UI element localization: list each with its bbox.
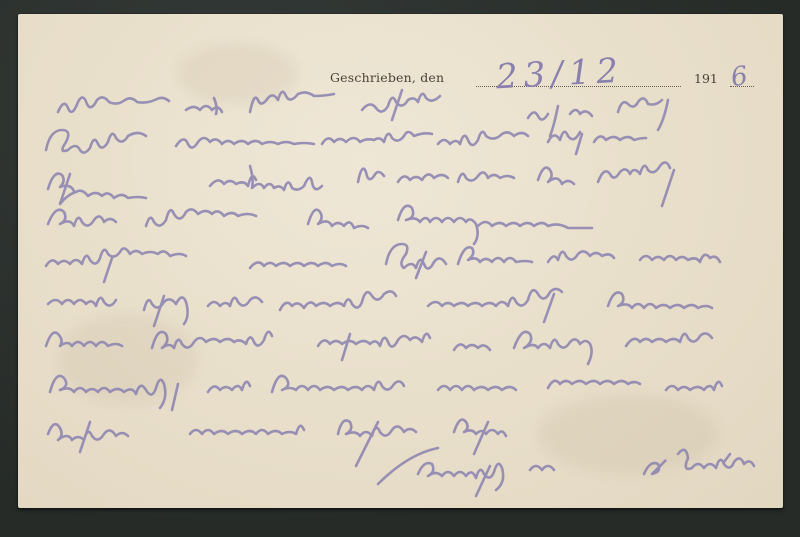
handwritten-message-strokes bbox=[18, 14, 783, 508]
postcard: Geschrieben, den 23/12 191 6 bbox=[18, 14, 783, 508]
